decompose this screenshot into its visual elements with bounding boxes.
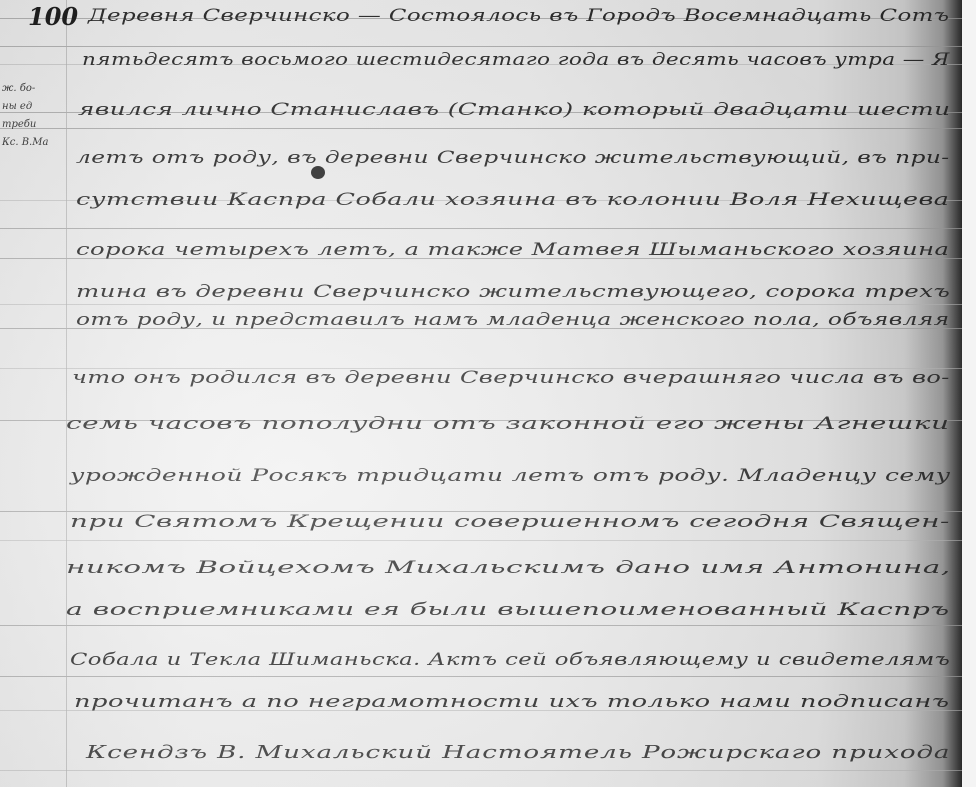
margin-note-line: Кс. В.Ма — [2, 138, 48, 148]
record-line: пятьдесятъ восьмого шестидесятаго года в… — [82, 50, 950, 69]
record-line: Собала и Текла Шиманьска. Актъ сей объяв… — [70, 650, 950, 669]
record-line: явился лично Станиславъ (Станко) который… — [78, 100, 950, 119]
record-line: а восприемниками ея были вышепоименованн… — [66, 600, 950, 619]
rule-line — [0, 770, 962, 771]
rule-line — [0, 676, 962, 677]
record-line: при Святомъ Крещении совершенномъ сегодн… — [70, 512, 950, 531]
record-line: тина въ деревни Сверчинско жительствующе… — [76, 282, 950, 301]
record-line: сорока четырехъ летъ, а также Матвея Шым… — [76, 240, 949, 259]
rule-line — [0, 128, 962, 129]
record-line: сутствии Каспра Собали хозяина въ колони… — [76, 190, 949, 209]
entry-number: 100 — [28, 2, 78, 31]
margin-line — [66, 0, 67, 787]
priest-signature: Ксендзъ В. Михальский Настоятель Рожирск… — [86, 742, 950, 763]
record-line: никомъ Войцехомъ Михальскимъ дано имя Ан… — [66, 558, 951, 577]
margin-note-line: треби — [2, 120, 36, 130]
rule-line — [0, 304, 962, 305]
rule-line — [0, 228, 962, 229]
document-page: 100 ж. бо- ны ед треби Кс. В.Ма Деревня … — [0, 0, 962, 787]
record-line: Деревня Сверчинско — Состоялось въ Город… — [88, 6, 950, 25]
rule-line — [0, 625, 962, 626]
ink-blot — [311, 166, 325, 179]
scan-border — [962, 0, 976, 787]
record-line: летъ отъ роду, въ деревни Сверчинско жит… — [76, 148, 950, 167]
record-line: прочитанъ а по неграмотности ихъ только … — [74, 692, 949, 711]
record-line: что онъ родился въ деревни Сверчинско вч… — [72, 368, 950, 387]
margin-note-line: ны ед — [2, 102, 32, 112]
record-line: отъ роду, и представилъ намъ младенца же… — [76, 310, 950, 329]
margin-note-line: ж. бо- — [2, 84, 35, 94]
record-line: семь часовъ пополудни отъ законной его ж… — [66, 414, 949, 433]
rule-line — [0, 46, 962, 47]
rule-line — [0, 540, 962, 541]
record-line: урожденной Росякъ тридцати летъ отъ роду… — [70, 466, 951, 485]
